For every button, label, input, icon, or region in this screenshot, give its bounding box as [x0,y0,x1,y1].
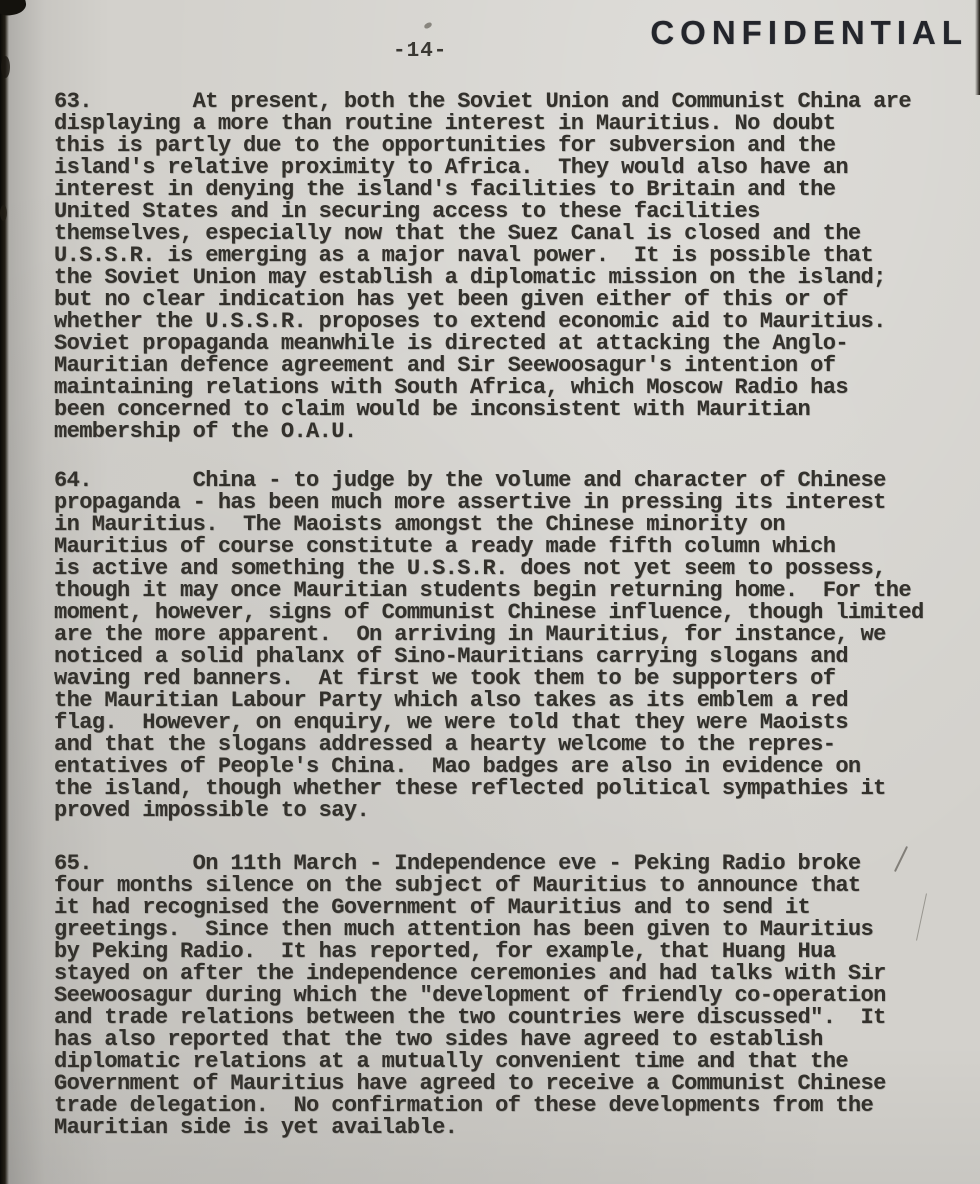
paragraph-63: 63. At present, both the Soviet Union an… [54,91,976,443]
scan-corner-artifact [0,0,28,17]
paragraph-65: 65. On 11th March - Independence eve - P… [54,853,976,1139]
scan-speck [1,56,10,78]
scan-edge-right [975,0,980,95]
scan-edge-left [0,0,9,1184]
scan-speck [423,22,432,30]
scan-speck [0,205,7,221]
scanned-document-page: CONFIDENTIAL -14- 63. At present, both t… [0,0,980,1184]
confidential-classification-stamp: CONFIDENTIAL [650,14,968,52]
document-body: 63. At present, both the Soviet Union an… [54,91,976,1166]
paragraph-64: 64. China - to judge by the volume and c… [54,470,976,822]
page-number: -14- [393,40,447,63]
